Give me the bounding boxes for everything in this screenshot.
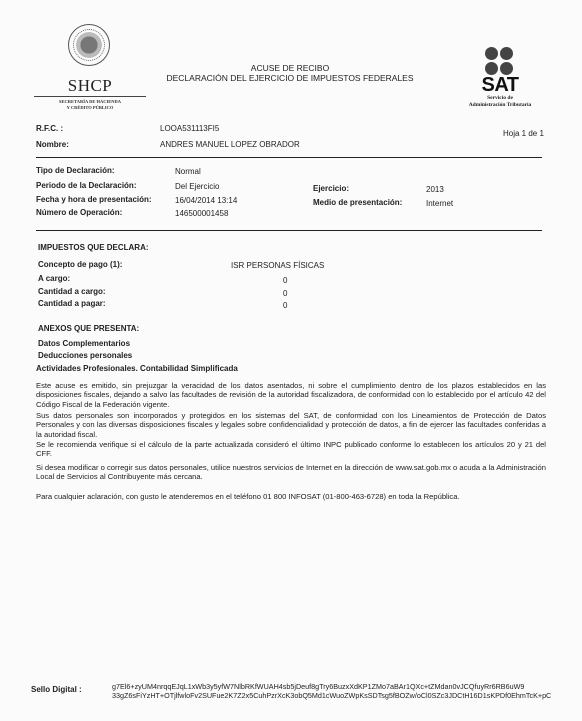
shcp-subtitle-line2: Y CRÉDITO PÚBLICO — [30, 105, 150, 111]
cantidad-cargo-value: 0 — [283, 289, 287, 298]
ejercicio-label: Ejercicio: — [313, 184, 349, 193]
cantidad-cargo-label: Cantidad a cargo: — [38, 287, 106, 296]
cantidad-pagar-value: 0 — [283, 301, 287, 310]
numero-value: 146500001458 — [175, 209, 228, 218]
mexican-coat-of-arms-icon — [68, 24, 110, 66]
shcp-logo-subtitle: SECRETARÍA DE HACIENDA Y CRÉDITO PÚBLICO — [30, 99, 150, 110]
rfc-value: LOOA531113FI5 — [160, 124, 219, 133]
ejercicio-value: 2013 — [426, 185, 444, 194]
periodo-value: Del Ejercicio — [175, 182, 219, 191]
anexos-heading: ANEXOS QUE PRESENTA: — [38, 324, 139, 333]
legal-paragraph-datos-personales: Sus datos personales son incorporados y … — [36, 411, 546, 439]
concepto-value: ISR PERSONAS FÍSICAS — [231, 261, 324, 270]
document-subtitle: DECLARACIÓN DEL EJERCICIO DE IMPUESTOS F… — [150, 73, 430, 83]
page-indicator: Hoja 1 de 1 — [503, 129, 544, 138]
numero-label: Número de Operación: — [36, 208, 122, 217]
concepto-label: Concepto de pago (1): — [38, 260, 122, 269]
legal-paragraph-inpc: Se le recomienda verifique si el cálculo… — [36, 440, 546, 459]
shcp-logo-text: SHCP — [40, 76, 140, 96]
anexo-item: Datos Complementarios — [38, 339, 130, 348]
medio-value: Internet — [426, 199, 453, 208]
sello-digital-line1: g7El6+zyUM4nrqqEJqL1xWb3y5yfW7NlbRKfWUAH… — [112, 682, 551, 691]
sat-dots-icon — [485, 47, 515, 77]
section-divider — [36, 157, 542, 158]
legal-paragraph-acuse: Este acuse es emitido, sin prejuzgar la … — [36, 381, 546, 409]
a-cargo-value: 0 — [283, 276, 287, 285]
sat-logo-subtitle: Servicio de Administración Tributaria — [450, 95, 550, 109]
periodo-label: Periodo de la Declaración: — [36, 181, 136, 190]
legal-paragraph-modificar-datos: Si desea modificar o corregir sus datos … — [36, 463, 546, 482]
sat-subtitle-line1: Servicio de — [450, 95, 550, 102]
rfc-label: R.F.C. : — [36, 124, 63, 133]
shcp-logo-divider — [34, 96, 146, 97]
document-title: ACUSE DE RECIBO — [150, 63, 430, 73]
a-cargo-label: A cargo: — [38, 274, 70, 283]
sello-digital-line2: 33gZ6sFiYzHT+OTjlfwloFv2SUFue2K7Z2x5CuhP… — [112, 691, 551, 700]
legal-paragraph-aclaracion: Para cualquier aclaración, con gusto le … — [36, 492, 546, 501]
impuestos-heading: IMPUESTOS QUE DECLARA: — [38, 243, 149, 252]
anexo-item: Deducciones personales — [38, 351, 132, 360]
nombre-label: Nombre: — [36, 140, 69, 149]
sello-digital-value: g7El6+zyUM4nrqqEJqL1xWb3y5yfW7NlbRKfWUAH… — [112, 682, 551, 701]
sello-digital-label: Sello Digital : — [31, 685, 82, 694]
cantidad-pagar-label: Cantidad a pagar: — [38, 299, 106, 308]
tipo-value: Normal — [175, 167, 201, 176]
sat-logo-text: SAT — [470, 74, 530, 97]
fecha-value: 16/04/2014 13:14 — [175, 196, 237, 205]
fecha-label: Fecha y hora de presentación: — [36, 195, 152, 204]
tipo-label: Tipo de Declaración: — [36, 166, 115, 175]
section-divider — [36, 230, 542, 231]
nombre-value: ANDRES MANUEL LOPEZ OBRADOR — [160, 140, 300, 149]
anexo-item: Actividades Profesionales. Contabilidad … — [36, 364, 238, 373]
medio-label: Medio de presentación: — [313, 198, 402, 207]
sat-subtitle-line2: Administración Tributaria — [450, 102, 550, 109]
